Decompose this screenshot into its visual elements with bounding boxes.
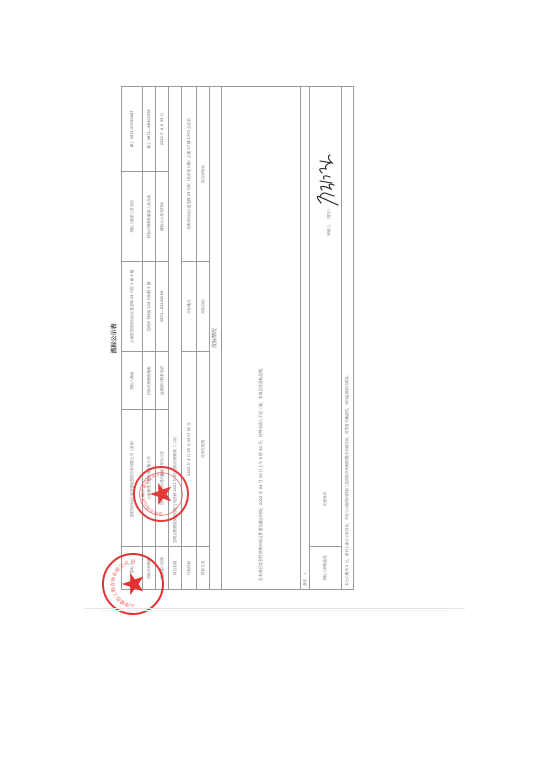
open-place-label: 开标地点 <box>182 262 197 352</box>
review-value: 同意发布 <box>323 492 328 506</box>
method-label: 招标方式 <box>197 547 210 590</box>
publish-time-label: 流标公示发布时间 <box>156 172 169 262</box>
project-label: 项目名称 <box>169 547 182 590</box>
page-divider-shadow <box>100 610 450 611</box>
table-row: 招标人审核意见 同意发布 审核人：（签字） <box>310 87 342 590</box>
table-row: 本公示期为 2 日，请对上述公示有异议，可在公示期内向招标人及招标代理机构提出书… <box>342 87 354 590</box>
remark-cell: 备注： / <box>301 87 310 590</box>
seal-ring-icon: 云南建投工程咨询有限公司 招标咨询有限公司 <box>104 555 162 613</box>
table-row: 流标情况 <box>210 87 222 590</box>
supervisor-phone-value: 0871—63200059 <box>156 262 169 352</box>
table-row: 招标方式 竞争性谈判 评标办法 综合评估法 <box>197 87 210 590</box>
publish-time-value: 2022 年 4 月 29 日 <box>156 87 169 172</box>
table-row: 备注： / <box>301 87 310 590</box>
agent-seal: 云南建投工程咨询有限公司 招标咨询有限公司 <box>102 553 164 615</box>
agent-contact-label: 招标代理机构联系人及电话 <box>143 172 156 262</box>
bidder-contact-value: 谭工 0871-67150447 <box>122 87 143 172</box>
open-time-label: 开标时间 <box>182 547 197 590</box>
signature-icon <box>312 147 340 207</box>
eval-label: 评标办法 <box>197 262 210 352</box>
table-row: 至本项目竞争性谈判申请文件递交截止时间，2022 年 04 月 29 日上午 9… <box>222 87 301 590</box>
seal-ring-icon: 昆明市西山区城市建设投资开发有限公司 <box>135 468 187 520</box>
doc-title: 流标公示表 <box>109 87 121 590</box>
method-value: 竞争性谈判 <box>197 352 210 547</box>
page-divider <box>85 608 465 609</box>
rotated-document: 流标公示表 招标人 昆明市西山区城市建设投资开发有限公司（盖章） 招标人地址 云… <box>109 87 375 590</box>
agent-address-label: 招标代理机构地址 <box>143 352 156 410</box>
failure-text: 至本项目竞争性谈判申请文件递交截止时间，2022 年 04 月 29 日上午 9… <box>222 87 301 590</box>
agent-contact-value: 董工 0871—68300578 <box>143 87 156 172</box>
eval-value: 综合评估法 <box>197 87 210 262</box>
bidder-address-value: 云南省昆明市西山区盘龙路 25 号院 1 幢 9 楼 <box>122 262 143 352</box>
bidder-contact-label: 招标人联系人及电话 <box>122 172 143 262</box>
footer-note: 本公示期为 2 日，请对上述公示有异议，可在公示期内向招标人及招标代理机构提出书… <box>342 87 354 590</box>
document-page: 流标公示表 招标人 昆明市西山区城市建设投资开发有限公司（盖章） 招标人地址 云… <box>0 0 554 783</box>
remark-label: 备注： <box>303 575 307 586</box>
review-cell: 同意发布 审核人：（签字） <box>310 87 342 547</box>
failure-section-title: 流标情况 <box>210 87 222 590</box>
open-place-value: 昆明市西山区盘龙路 25 号院（老市委大楼）主楼 17 楼 1703 会议室 <box>182 87 197 262</box>
review-label: 招标人审核意见 <box>310 547 342 590</box>
bidder-seal: 昆明市西山区城市建设投资开发有限公司 <box>133 466 189 522</box>
agent-address-value: 昆明市书林街 134 号和胜 2 楼 <box>143 262 156 352</box>
bidder-address-label: 招标人地址 <box>122 352 143 410</box>
remark-value: / <box>303 573 307 574</box>
reviewer-sign-label: 审核人：（签字） <box>327 207 332 236</box>
supervisor-phone-label: 监督部门联系电话 <box>156 352 169 410</box>
